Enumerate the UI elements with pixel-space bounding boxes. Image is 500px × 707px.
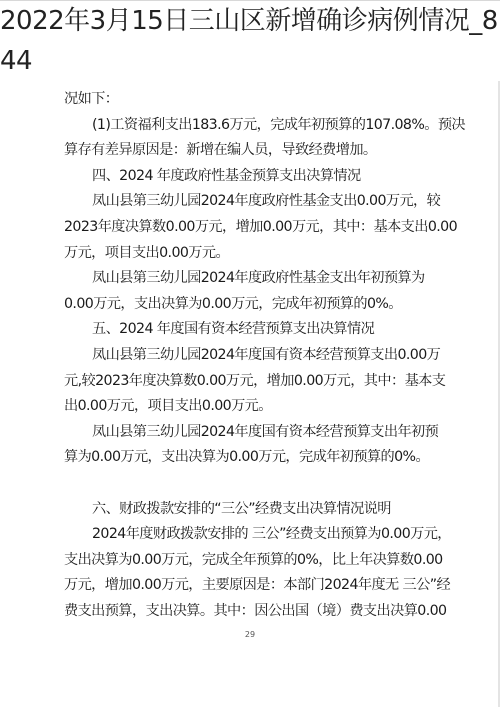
section-heading-5: 五、2024 年度国有资本经营预算支出决算情况 [64,317,438,343]
text-line: 况如下： [64,87,438,113]
document-page: 况如下： (1)工资福利支出183.6万元，完成年初预算的107.08%。预决 … [64,87,438,624]
text-line: 算为0.00万元，支出决算为0.00万元，完成年初预算的0%。 [64,445,438,471]
text-line: 出0.00万元，项目支出0.00万元。 [64,394,438,420]
text-line: 支出决算为0.00万元，完成全年预算的0%，比上年决算数0.00 [64,548,438,574]
text-line: 费支出预算，支出决算。其中：因公出国（境）费支出决算0.00 [64,599,438,625]
text-line: (1)工资福利支出183.6万元，完成年初预算的107.08%。预决 [64,113,438,139]
text-line: 2023年度决算数0.00万元，增加0.00万元，其中：基本支出0.00 [64,215,438,241]
text-line: 凤山县第三幼儿园2024年度政府性基金支出年初预算为 [64,266,438,292]
text-line: 元,较2023年度决算数0.00万元，增加0.00万元，其中：基本支 [64,369,438,395]
page-number: 29 [0,630,500,639]
text-line: 算存有差异原因是：新增在编人员，导致经费增加。 [64,138,438,164]
text-line: 万元，增加0.00万元，主要原因是：本部门2024年度无 三公”经 [64,573,438,599]
text-line: 凤山县第三幼儿园2024年度政府性基金支出0.00万元，较 [64,189,438,215]
section-heading-6: 六、财政拨款安排的“三公”经费支出决算情况说明 [64,497,438,523]
text-line: 2024年度财政拨款安排的 三公”经费支出预算为0.00万元， [64,522,438,548]
text-line: 凤山县第三幼儿园2024年度国有资本经营预算支出0.00万 [64,343,438,369]
text-line: 万元，项目支出0.00万元。 [64,241,438,267]
text-line: 0.00万元，支出决算为0.00万元，完成年初预算的0%。 [64,292,438,318]
page-title: 2022年3月15日三山区新增确诊病例情况_844 [0,1,500,81]
blank-line [64,471,438,497]
section-heading-4: 四、2024 年度政府性基金预算支出决算情况 [64,164,438,190]
text-line: 凤山县第三幼儿园2024年度国有资本经营预算支出年初预 [64,420,438,446]
